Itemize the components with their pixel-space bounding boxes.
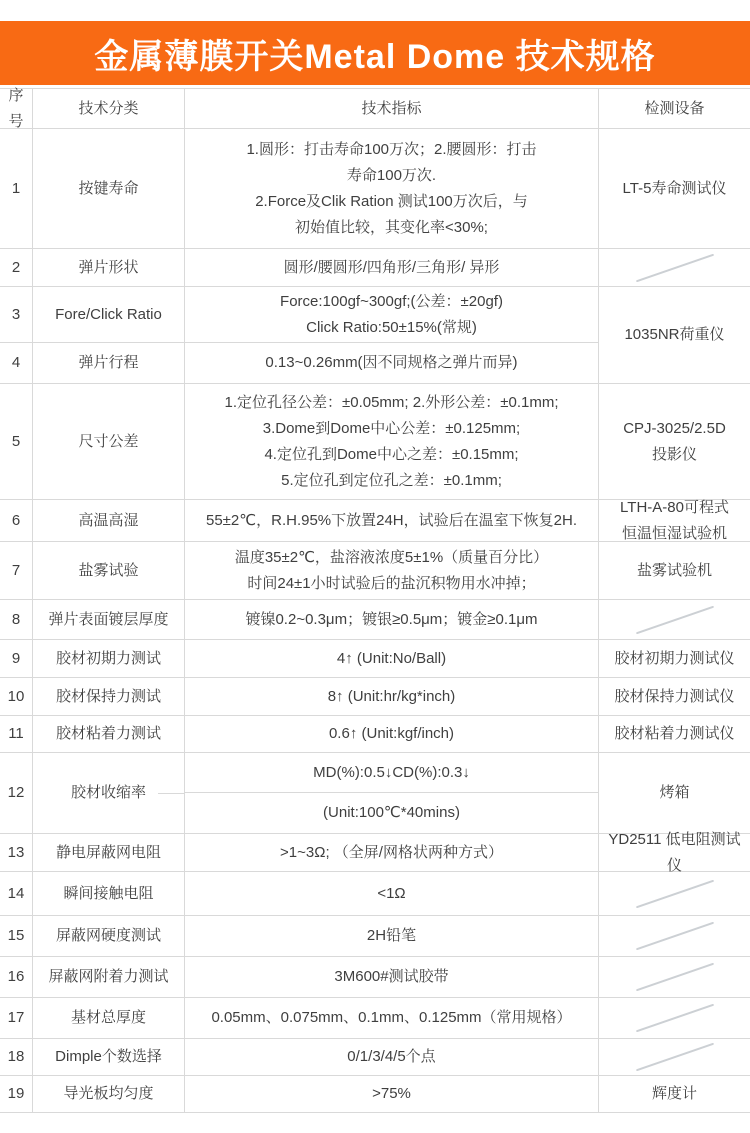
equipment-cell: 胶材保持力测试仪 — [599, 678, 750, 715]
table-header-cell: 技术分类 — [33, 89, 185, 128]
table-header-cell: 技术指标 — [185, 89, 599, 128]
category-cell-text: 胶材保持力测试 — [56, 684, 161, 710]
spec-cell-text: 8↑ (Unit:hr/kg*inch) — [328, 684, 456, 710]
table-row-group: 3Fore/Click RatioForce:100gf~300gf;(公差：±… — [0, 287, 750, 384]
category-cell: 弹片表面镀层厚度 — [33, 600, 185, 639]
table-row: 19导光板均匀度>75%辉度计 — [0, 1076, 750, 1113]
row-number-cell: 17 — [0, 998, 33, 1038]
spec-cell-text: 2H铅笔 — [367, 923, 416, 949]
equipment-cell-text: LTH-A-80可程式 恒温恒湿试验机 — [620, 495, 729, 547]
category-cell: 导光板均匀度 — [33, 1076, 185, 1112]
table-header-cell: 序号 — [0, 89, 33, 128]
equipment-cell: LT-5寿命测试仪 — [599, 129, 750, 248]
row-number-cell: 10 — [0, 678, 33, 715]
equipment-cell: 盐雾试验机 — [599, 542, 750, 599]
row-number-cell: 8 — [0, 600, 33, 639]
category-cell: 弹片形状 — [33, 249, 185, 286]
spec-cell: 0.6↑ (Unit:kgf/inch) — [185, 716, 599, 752]
empty-slash-icon — [635, 879, 713, 908]
table-row: 8弹片表面镀层厚度镀镍0.2~0.3μm；镀银≥0.5μm；镀金≥0.1μm — [0, 600, 750, 640]
table-row: 10胶材保持力测试8↑ (Unit:hr/kg*inch)胶材保持力测试仪 — [0, 678, 750, 716]
category-cell-text: 瞬间接触电阻 — [63, 881, 153, 907]
table-row: 5尺寸公差1.定位孔径公差：±0.05mm; 2.外形公差：±0.1mm; 3.… — [0, 384, 750, 500]
row-number-cell: 1 — [0, 129, 33, 248]
empty-slash-icon — [635, 605, 713, 634]
spec-cell: 0/1/3/4/5个点 — [185, 1039, 599, 1075]
row-number-cell-text: 18 — [8, 1044, 25, 1070]
empty-slash-icon — [635, 963, 713, 992]
row-number-cell-text: 16 — [8, 964, 25, 990]
equipment-cell: LTH-A-80可程式 恒温恒湿试验机 — [599, 500, 750, 541]
category-cell-text: 基材总厚度 — [71, 1005, 146, 1031]
empty-slash-icon — [635, 1043, 713, 1072]
spec-cell: >1~3Ω; （全屏/网格状两种方式） — [185, 834, 599, 871]
row-number-cell-text: 4 — [12, 350, 20, 376]
spec-table: 序号技术分类技术指标检测设备1按键寿命1.圆形：打击寿命100万次；2.腰圆形：… — [0, 88, 750, 1113]
spec-cell: 2H铅笔 — [185, 916, 599, 956]
spec-cell: 1.圆形：打击寿命100万次；2.腰圆形：打击 寿命100万次. 2.Force… — [185, 129, 599, 248]
row-number-cell-text: 14 — [8, 881, 25, 907]
equipment-cell — [599, 249, 750, 286]
equipment-cell-text: 辉度计 — [652, 1081, 697, 1107]
table-row: 16屏蔽网附着力测试3M600#测试胶带 — [0, 957, 750, 998]
row-number-cell: 3 — [0, 287, 33, 343]
table-row: 11胶材粘着力测试0.6↑ (Unit:kgf/inch)胶材粘着力测试仪 — [0, 716, 750, 753]
row-number-cell: 15 — [0, 916, 33, 956]
row-number-cell: 19 — [0, 1076, 33, 1112]
category-cell: 屏蔽网硬度测试 — [33, 916, 185, 956]
spec-cell: 镀镍0.2~0.3μm；镀银≥0.5μm；镀金≥0.1μm — [185, 600, 599, 639]
spec-cell: 4↑ (Unit:No/Ball) — [185, 640, 599, 677]
spec-cell: 温度35±2℃，盐溶液浓度5±1%（质量百分比） 时间24±1小时试验后的盐沉积… — [185, 542, 599, 599]
table-header-cell: 检测设备 — [599, 89, 750, 128]
spec-cell-text: 0.05mm、0.075mm、0.1mm、0.125mm（常用规格） — [211, 1005, 571, 1031]
category-cell: 瞬间接触电阻 — [33, 872, 185, 915]
equipment-cell-text: LT-5寿命测试仪 — [623, 176, 727, 202]
row-number-cell: 18 — [0, 1039, 33, 1075]
equipment-cell: 烤箱 — [599, 753, 750, 833]
spec-cell-text: 4↑ (Unit:No/Ball) — [337, 646, 446, 672]
page-title: 金属薄膜开关Metal Dome 技术规格 — [94, 29, 655, 78]
table-row: 13静电屏蔽网电阻>1~3Ω; （全屏/网格状两种方式）YD2511 低电阻测试… — [0, 834, 750, 872]
table-row: 18Dimple个数选择0/1/3/4/5个点 — [0, 1039, 750, 1076]
spec-cell-text: (Unit:100℃*40mins) — [323, 800, 460, 826]
spec-cell: >75% — [185, 1076, 599, 1112]
row-number-cell-text: 12 — [8, 780, 25, 806]
row-number-cell-text: 2 — [12, 255, 20, 281]
table-row: 15屏蔽网硬度测试2H铅笔 — [0, 916, 750, 957]
category-cell: 胶材粘着力测试 — [33, 716, 185, 752]
table-row: 7盐雾试验温度35±2℃，盐溶液浓度5±1%（质量百分比） 时间24±1小时试验… — [0, 542, 750, 600]
row-number-cell: 16 — [0, 957, 33, 997]
page-banner: 金属薄膜开关Metal Dome 技术规格 — [0, 21, 750, 85]
category-cell: 按键寿命 — [33, 129, 185, 248]
category-cell: Fore/Click Ratio — [33, 287, 185, 343]
equipment-cell: 胶材粘着力测试仪 — [599, 716, 750, 752]
row-number-cell-text: 15 — [8, 923, 25, 949]
row-number-cell-text: 11 — [8, 721, 24, 747]
category-cell-text: 弹片表面镀层厚度 — [48, 607, 168, 633]
table-header-cell-text: 技术指标 — [361, 96, 421, 122]
empty-slash-icon — [635, 1004, 713, 1033]
equipment-cell-text: 1035NR荷重仪 — [624, 322, 724, 348]
empty-slash-icon — [635, 922, 713, 951]
row-number-cell: 11 — [0, 716, 33, 752]
spec-cell: 1.定位孔径公差：±0.05mm; 2.外形公差：±0.1mm; 3.Dome到… — [185, 384, 599, 499]
spec-cell: MD(%):0.5↓CD(%):0.3↓ — [185, 753, 599, 793]
category-cell-text: 胶材粘着力测试 — [56, 721, 161, 747]
equipment-cell — [599, 600, 750, 639]
spec-cell-text: 0.13~0.26mm(因不同规格之弹片而异) — [265, 350, 517, 376]
category-cell-text: 弹片行程 — [78, 350, 138, 376]
row-number-cell: 9 — [0, 640, 33, 677]
row-number-cell: 4 — [0, 343, 33, 383]
equipment-cell-text: YD2511 低电阻测试仪 — [602, 827, 747, 879]
category-cell: 高温高湿 — [33, 500, 185, 541]
spec-cell-text: 0/1/3/4/5个点 — [347, 1044, 435, 1070]
equipment-cell — [599, 998, 750, 1038]
equipment-cell: 1035NR荷重仪 — [599, 287, 750, 383]
equipment-cell — [599, 872, 750, 915]
category-cell-text: 屏蔽网附着力测试 — [48, 964, 168, 990]
row-number-cell-text: 8 — [12, 607, 20, 633]
row-number-cell-text: 3 — [12, 302, 20, 328]
table-row-group: 12胶材收缩率MD(%):0.5↓CD(%):0.3↓烤箱(Unit:100℃*… — [0, 753, 750, 834]
table-row: 6高温高湿55±2℃，R.H.95%下放置24H，试验后在温室下恢复2H.LTH… — [0, 500, 750, 542]
equipment-cell: 辉度计 — [599, 1076, 750, 1112]
spec-cell-text: >1~3Ω; （全屏/网格状两种方式） — [280, 840, 503, 866]
table-header-cell-text: 序号 — [3, 83, 29, 135]
category-cell: 盐雾试验 — [33, 542, 185, 599]
spec-cell: Force:100gf~300gf;(公差：±20gf) Click Ratio… — [185, 287, 599, 343]
category-cell-text: 尺寸公差 — [78, 429, 138, 455]
category-cell-text: 静电屏蔽网电阻 — [56, 840, 161, 866]
equipment-cell: CPJ-3025/2.5D 投影仪 — [599, 384, 750, 499]
equipment-cell-text: 胶材初期力测试仪 — [614, 646, 734, 672]
table-row: 2弹片形状圆形/腰圆形/四角形/三角形/ 异形 — [0, 249, 750, 287]
category-cell-text: 高温高湿 — [78, 508, 138, 534]
category-cell: Dimple个数选择 — [33, 1039, 185, 1075]
row-number-cell: 6 — [0, 500, 33, 541]
table-row: 1按键寿命1.圆形：打击寿命100万次；2.腰圆形：打击 寿命100万次. 2.… — [0, 129, 750, 249]
category-cell-text: 胶材初期力测试 — [56, 646, 161, 672]
equipment-cell-text: CPJ-3025/2.5D 投影仪 — [623, 416, 726, 468]
table-row: 9胶材初期力测试4↑ (Unit:No/Ball)胶材初期力测试仪 — [0, 640, 750, 678]
category-cell: 尺寸公差 — [33, 384, 185, 499]
spec-cell-text: Force:100gf~300gf;(公差：±20gf) Click Ratio… — [280, 289, 503, 341]
spec-cell: 3M600#测试胶带 — [185, 957, 599, 997]
category-cell-text: Fore/Click Ratio — [55, 302, 162, 328]
row-number-cell: 13 — [0, 834, 33, 871]
category-cell: 基材总厚度 — [33, 998, 185, 1038]
row-number-cell-text: 19 — [8, 1081, 25, 1107]
spec-cell-text: 温度35±2℃，盐溶液浓度5±1%（质量百分比） 时间24±1小时试验后的盐沉积… — [235, 545, 548, 597]
row-number-cell: 12 — [0, 753, 33, 833]
row-number-cell: 2 — [0, 249, 33, 286]
table-row: 17基材总厚度0.05mm、0.075mm、0.1mm、0.125mm（常用规格… — [0, 998, 750, 1039]
category-cell-text: Dimple个数选择 — [55, 1044, 162, 1070]
category-cell-text: 盐雾试验 — [78, 558, 138, 584]
category-cell: 静电屏蔽网电阻 — [33, 834, 185, 871]
spec-cell-text: 0.6↑ (Unit:kgf/inch) — [329, 721, 454, 747]
equipment-cell-text: 胶材粘着力测试仪 — [614, 721, 734, 747]
equipment-cell-text: 胶材保持力测试仪 — [614, 684, 734, 710]
category-cell-text: 弹片形状 — [78, 255, 138, 281]
row-number-cell-text: 17 — [8, 1005, 25, 1031]
spec-cell-text: 镀镍0.2~0.3μm；镀银≥0.5μm；镀金≥0.1μm — [245, 607, 537, 633]
spec-cell: (Unit:100℃*40mins) — [185, 793, 599, 833]
category-cell: 胶材收缩率 — [33, 753, 185, 833]
category-cell-text: 导光板均匀度 — [63, 1081, 153, 1107]
spec-cell: 圆形/腰圆形/四角形/三角形/ 异形 — [185, 249, 599, 286]
row-number-cell-text: 13 — [8, 840, 25, 866]
row-number-cell-text: 7 — [12, 558, 20, 584]
spec-cell-text: MD(%):0.5↓CD(%):0.3↓ — [313, 760, 470, 786]
spec-cell: 0.05mm、0.075mm、0.1mm、0.125mm（常用规格） — [185, 998, 599, 1038]
table-header-cell-text: 技术分类 — [78, 96, 138, 122]
equipment-cell-text: 烤箱 — [659, 780, 689, 806]
row-number-cell-text: 1 — [12, 176, 20, 202]
spec-cell-text: 圆形/腰圆形/四角形/三角形/ 异形 — [284, 255, 500, 281]
spec-cell: 0.13~0.26mm(因不同规格之弹片而异) — [185, 343, 599, 383]
spec-cell-text: <1Ω — [377, 881, 405, 907]
row-number-cell: 14 — [0, 872, 33, 915]
row-number-cell: 5 — [0, 384, 33, 499]
spec-cell-text: 1.圆形：打击寿命100万次；2.腰圆形：打击 寿命100万次. 2.Force… — [246, 137, 536, 241]
row-number-cell: 7 — [0, 542, 33, 599]
category-cell: 屏蔽网附着力测试 — [33, 957, 185, 997]
category-cell-text: 按键寿命 — [78, 176, 138, 202]
equipment-cell-text: 盐雾试验机 — [637, 558, 712, 584]
table-row: 14瞬间接触电阻<1Ω — [0, 872, 750, 916]
spec-cell-text: 1.定位孔径公差：±0.05mm; 2.外形公差：±0.1mm; 3.Dome到… — [224, 390, 558, 494]
spec-cell: 55±2℃，R.H.95%下放置24H，试验后在温室下恢复2H. — [185, 500, 599, 541]
spec-cell-text: 55±2℃，R.H.95%下放置24H，试验后在温室下恢复2H. — [206, 508, 577, 534]
category-cell: 胶材初期力测试 — [33, 640, 185, 677]
equipment-cell: 胶材初期力测试仪 — [599, 640, 750, 677]
equipment-cell: YD2511 低电阻测试仪 — [599, 834, 750, 871]
equipment-cell — [599, 1039, 750, 1075]
spec-cell-text: 3M600#测试胶带 — [334, 964, 448, 990]
empty-slash-icon — [635, 253, 713, 282]
category-cell-text: 屏蔽网硬度测试 — [56, 923, 161, 949]
spec-cell-text: >75% — [372, 1081, 411, 1107]
table-header-cell-text: 检测设备 — [644, 96, 704, 122]
category-cell: 胶材保持力测试 — [33, 678, 185, 715]
row-number-cell-text: 5 — [12, 429, 20, 455]
row-number-cell-text: 10 — [8, 684, 25, 710]
table-header-row: 序号技术分类技术指标检测设备 — [0, 89, 750, 129]
row-number-cell-text: 6 — [12, 508, 20, 534]
category-cell: 弹片行程 — [33, 343, 185, 383]
row-number-cell-text: 9 — [12, 646, 20, 672]
equipment-cell — [599, 916, 750, 956]
equipment-cell — [599, 957, 750, 997]
spec-cell: <1Ω — [185, 872, 599, 915]
category-cell-text: 胶材收缩率 — [71, 780, 146, 806]
spec-cell: 8↑ (Unit:hr/kg*inch) — [185, 678, 599, 715]
